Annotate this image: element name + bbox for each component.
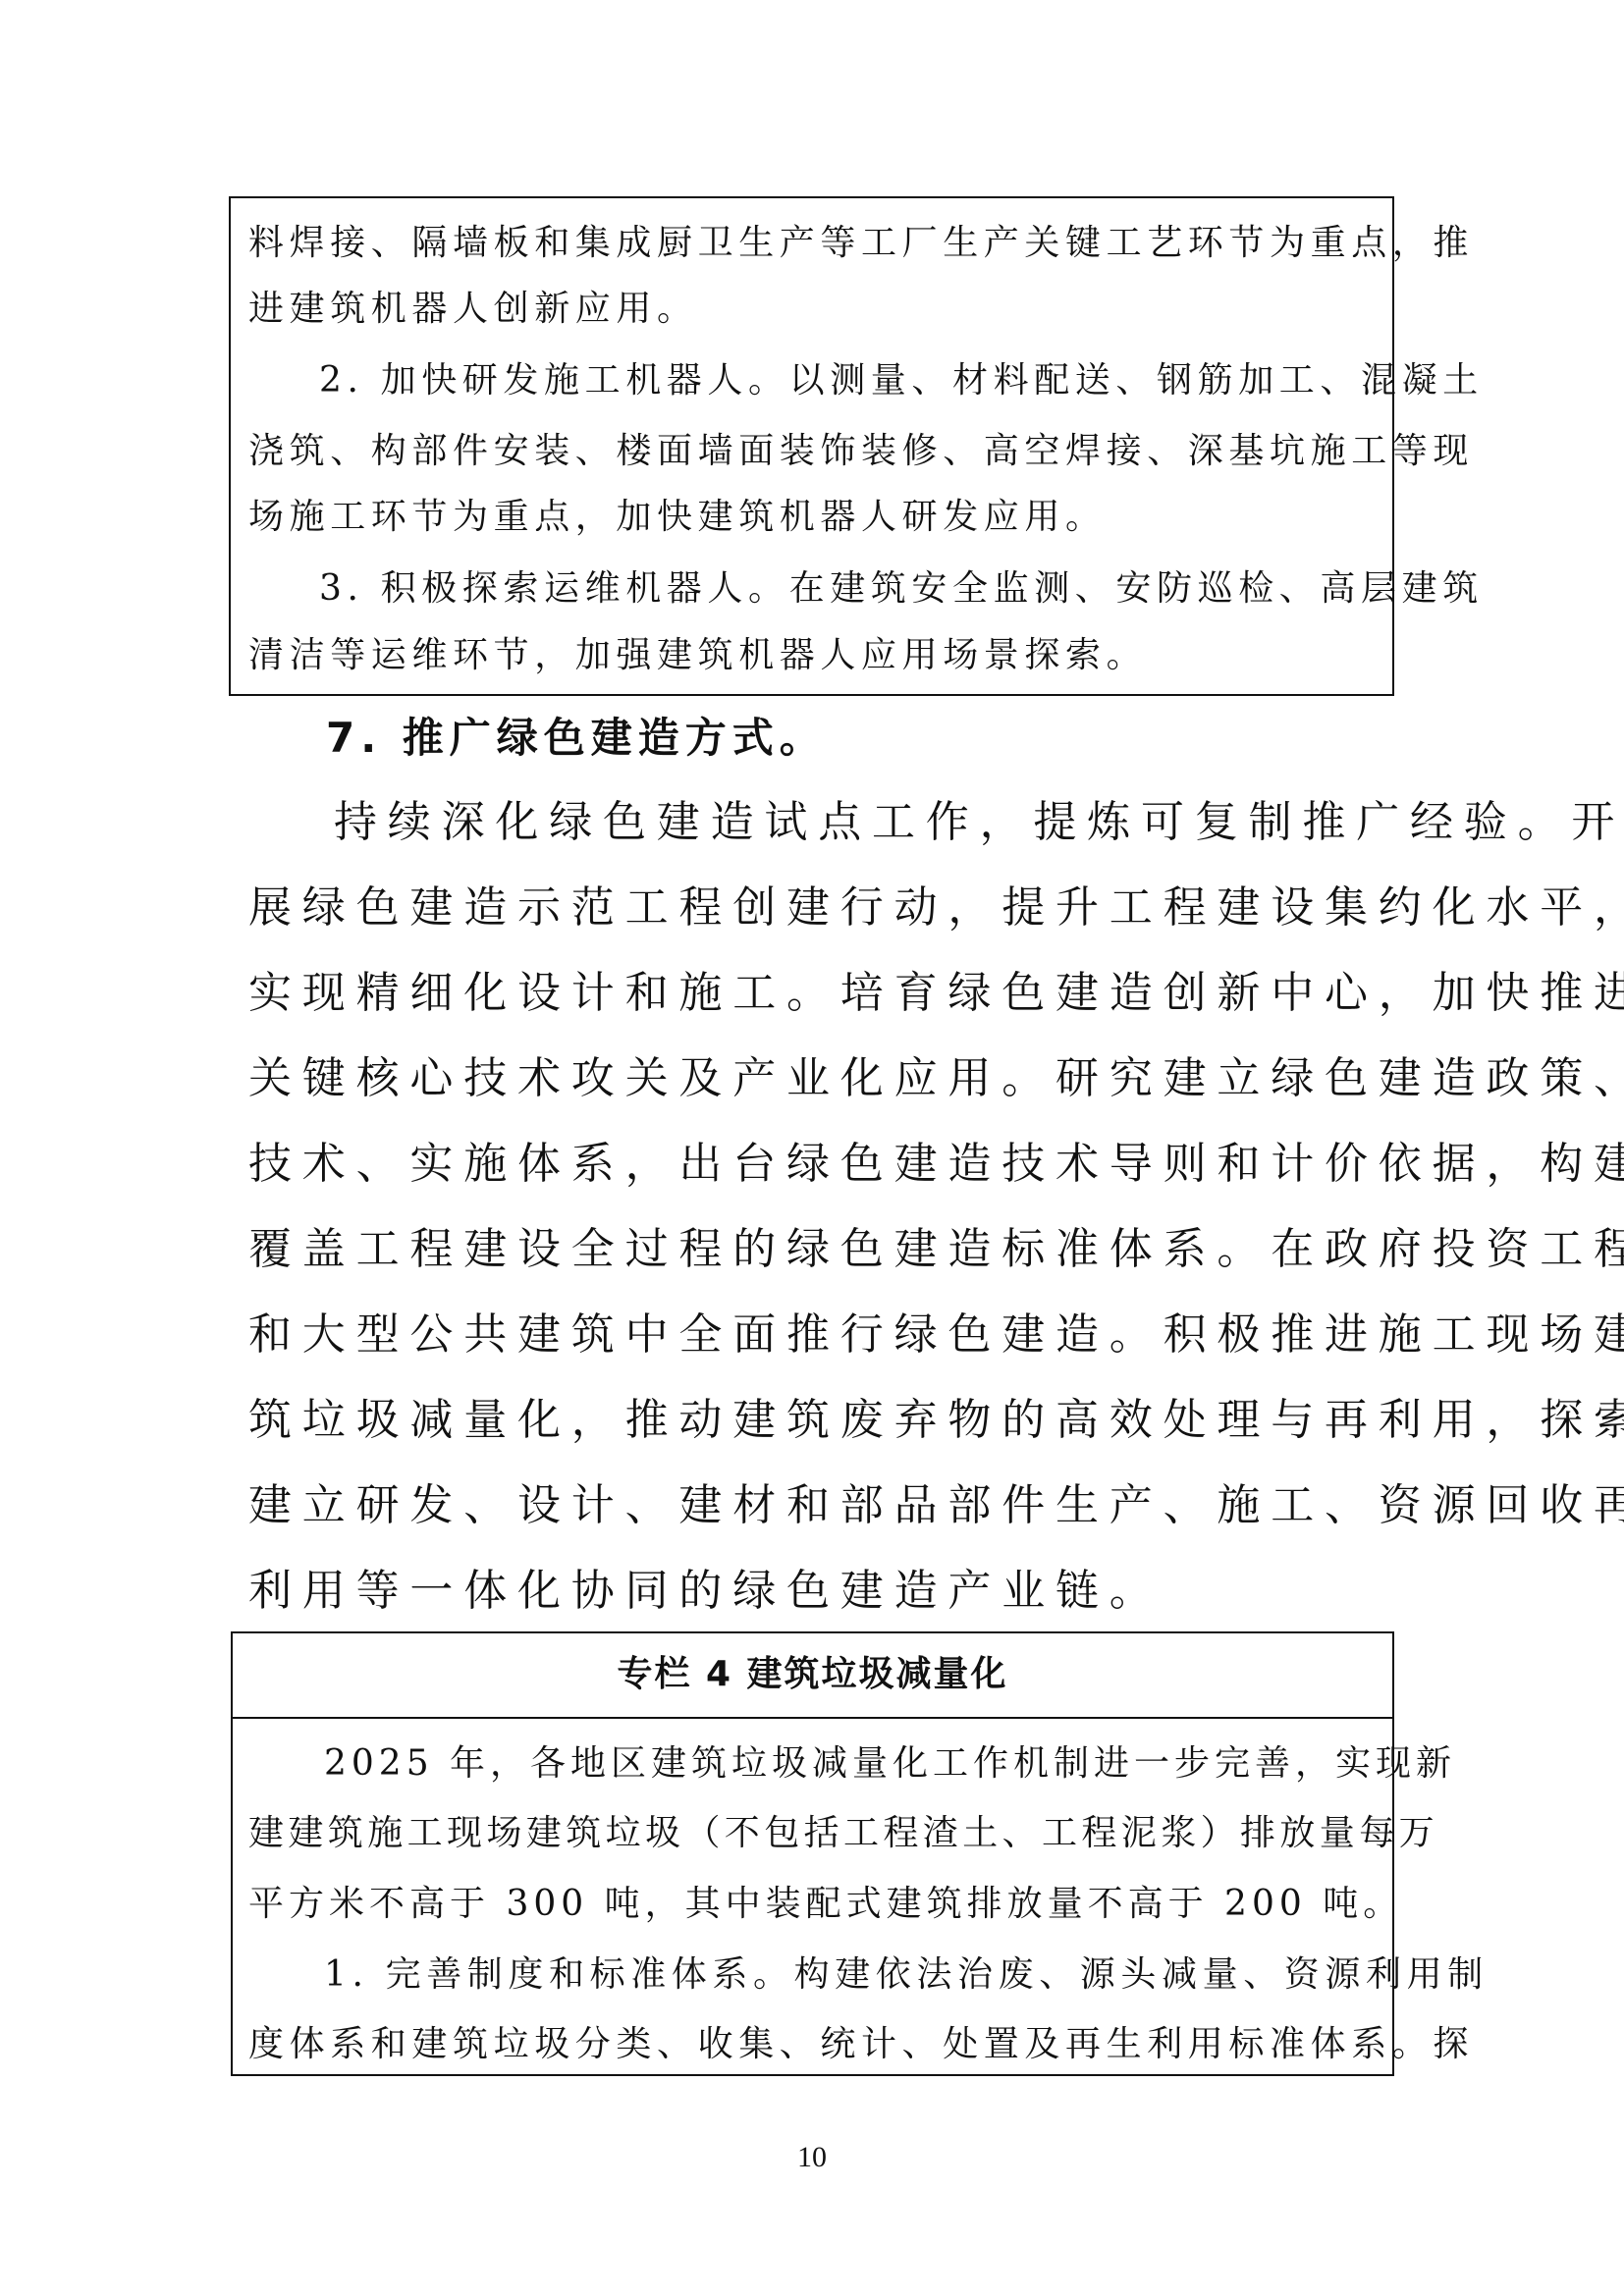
paragraph-line-4: 关键核心技术攻关及产业化应用。研究建立绿色建造政策、: [248, 1057, 1624, 1100]
paragraph-line-7: 和大型公共建筑中全面推行绿色建造。积极推进施工现场建: [248, 1313, 1624, 1357]
section-heading: 7. 推广绿色建造方式。: [326, 718, 827, 759]
paragraph-line-3: 实现精细化设计和施工。培育绿色建造创新中心，加快推进: [248, 972, 1624, 1015]
box2-line-2: 建建筑施工现场建筑垃圾（不包括工程渣土、工程泥浆）排放量每万: [248, 1816, 1438, 1851]
box1-line-7: 清洁等运维环节，加强建筑机器人应用场景探索。: [248, 638, 1147, 673]
paragraph-line-2: 展绿色建造示范工程创建行动，提升工程建设集约化水平，: [248, 886, 1624, 930]
paragraph-line-5: 技术、实施体系，出台绿色建造技术导则和计价依据，构建: [248, 1143, 1624, 1186]
page-number: 10: [0, 2143, 1624, 2172]
box1-line-1: 料焊接、隔墙板和集成厨卫生产等工厂生产关键工艺环节为重点，推: [248, 226, 1474, 261]
box2-line-3: 平方米不高于 300 吨，其中装配式建筑排放量不高于 200 吨。: [248, 1887, 1403, 1922]
column-box-4: [231, 1631, 1394, 2076]
box2-item-1: 1. 完善制度和标准体系。构建依法治废、源头减量、资源利用制: [324, 1957, 1489, 1993]
paragraph-line-8: 筑垃圾减量化，推动建筑废弃物的高效处理与再利用，探索: [248, 1399, 1624, 1442]
box1-item-3: 3. 积极探索运维机器人。在建筑安全监测、安防巡检、高层建筑: [319, 571, 1484, 607]
box1-line-4: 浇筑、构部件安装、楼面墙面装饰装修、高空焊接、深基坑施工等现: [248, 434, 1474, 469]
document-page: 料焊接、隔墙板和集成厨卫生产等工厂生产关键工艺环节为重点，推 进建筑机器人创新应…: [0, 0, 1624, 2296]
box1-line-5: 场施工环节为重点，加快建筑机器人研发应用。: [248, 500, 1107, 535]
paragraph-line-6: 覆盖工程建设全过程的绿色建造标准体系。在政府投资工程: [248, 1228, 1624, 1271]
paragraph-line-1: 持续深化绿色建造试点工作，提炼可复制推广经验。开: [334, 801, 1624, 844]
column-title: 专栏 4 建筑垃圾减量化: [231, 1657, 1394, 1692]
paragraph-line-9: 建立研发、设计、建材和部品部件生产、施工、资源回收再: [248, 1484, 1624, 1527]
column-header-divider: [231, 1717, 1394, 1719]
box1-line-2: 进建筑机器人创新应用。: [248, 292, 698, 327]
box2-line-1: 2025 年，各地区建筑垃圾减量化工作机制进一步完善，实现新: [324, 1746, 1456, 1782]
paragraph-line-10: 利用等一体化协同的绿色建造产业链。: [248, 1570, 1164, 1613]
box2-line-5: 度体系和建筑垃圾分类、收集、统计、处置及再生利用标准体系。探: [248, 2027, 1474, 2062]
box1-item-2: 2. 加快研发施工机器人。以测量、材料配送、钢筋加工、混凝土: [319, 363, 1484, 399]
